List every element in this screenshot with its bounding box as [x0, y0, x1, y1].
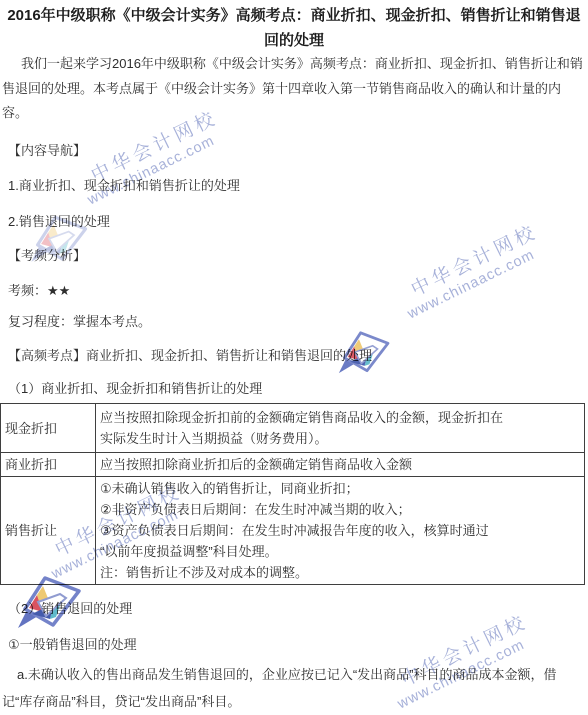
desc-cell: ①未确认销售收入的销售折让，同商业折扣； ②非资产负债表日后期间：在发生时冲减当…: [96, 477, 585, 585]
desc-cell: 应当按照扣除商业折扣后的金额确定销售商品收入金额: [96, 453, 585, 477]
table-row-trade-discount: 商业折扣 应当按照扣除商业折扣后的金额确定销售商品收入金额: [1, 453, 585, 477]
table-row-cash-discount: 现金折扣 应当按照扣除现金折扣前的金额确定销售商品收入的金额，现金折扣在 实际发…: [1, 404, 585, 453]
paragraph-a: a.未确认收入的售出商品发生销售退回的，企业应按已记入“发出商品”科目的商品成本…: [2, 661, 586, 715]
page-title: 2016年中级职称《中级会计实务》高频考点：商业折扣、现金折扣、销售折让和销售退…: [0, 3, 588, 53]
summary-table: 现金折扣 应当按照扣除现金折扣前的金额确定销售商品收入的金额，现金折扣在 实际发…: [0, 403, 585, 585]
frequency-analysis-header: 【考频分析】: [8, 243, 86, 268]
intro-paragraph: 我们一起来学习2016年中级职称《中级会计实务》高频考点：商业折扣、现金折扣、销…: [2, 52, 586, 126]
review-level-line: 复习程度：掌握本考点。: [8, 309, 151, 334]
watermark: 中华会计网校 www.chinaacc.com: [408, 221, 549, 317]
watermark-site-name: 中华会计网校: [408, 221, 542, 301]
subsection-2-1-heading: ①一般销售退回的处理: [8, 632, 137, 657]
frequency-stars-line: 考频：★★: [8, 278, 70, 303]
nav-item-2: 2.销售退回的处理: [8, 209, 110, 234]
content-nav-header: 【内容导航】: [8, 138, 86, 163]
term-cell: 现金折扣: [1, 404, 96, 453]
nav-item-1: 1.商业折扣、现金折扣和销售折让的处理: [8, 173, 240, 198]
term-cell: 销售折让: [1, 477, 96, 585]
watermark-site-url: www.chinaacc.com: [405, 241, 549, 323]
table-row-sales-allowance: 销售折让 ①未确认销售收入的销售折让，同商业折扣； ②非资产负债表日后期间：在发…: [1, 477, 585, 585]
desc-cell: 应当按照扣除现金折扣前的金额确定销售商品收入的金额，现金折扣在 实际发生时计入当…: [96, 404, 585, 453]
hot-topic-header: 【高频考点】商业折扣、现金折扣、销售折让和销售退回的处理: [8, 343, 372, 368]
subsection-2-heading: （2）销售退回的处理: [8, 596, 132, 621]
term-cell: 商业折扣: [1, 453, 96, 477]
subsection-1-heading: （1）商业折扣、现金折扣和销售折让的处理: [8, 376, 262, 401]
